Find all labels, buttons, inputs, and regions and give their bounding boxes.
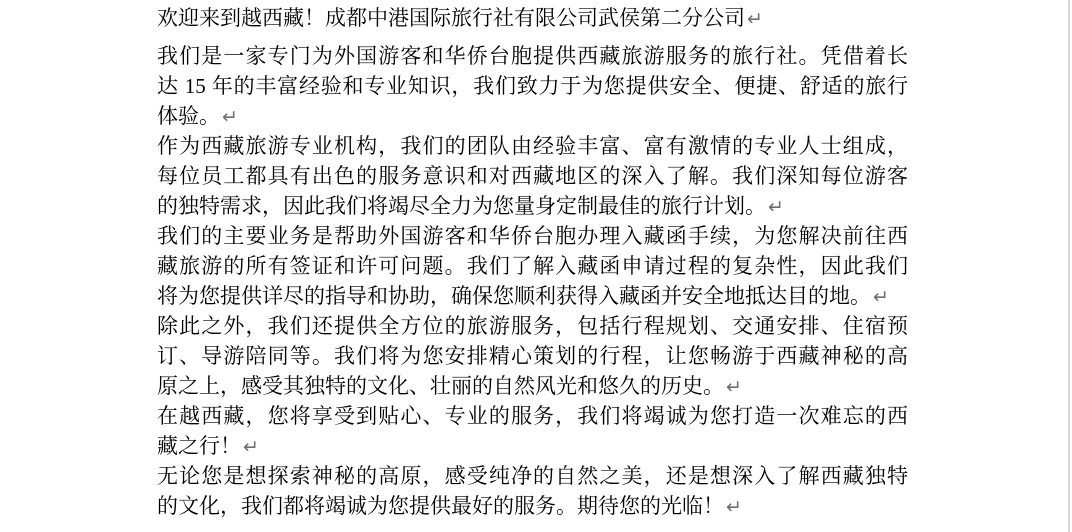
text-line[interactable]: 作为西藏旅游专业机构，我们的团队由经验丰富、富有激情的专业人士组成， bbox=[157, 131, 908, 161]
paragraph[interactable]: 作为西藏旅游专业机构，我们的团队由经验丰富、富有激情的专业人士组成，每位员工都具… bbox=[157, 131, 908, 221]
text-line[interactable]: 我们是一家专门为外国游客和华侨台胞提供西藏旅游服务的旅行社。凭借着长 bbox=[157, 41, 908, 71]
text-line[interactable]: 除此之外，我们还提供全方位的旅游服务，包括行程规划、交通安排、住宿预 bbox=[157, 311, 908, 341]
text-line[interactable]: 我们的主要业务是帮助外国游客和华侨台胞办理入藏函手续，为您解决前往西 bbox=[157, 221, 908, 251]
text-line[interactable]: 的文化，我们都将竭诚为您提供最好的服务。期待您的光临！↵ bbox=[157, 491, 908, 521]
text-line[interactable]: 藏之行！↵ bbox=[157, 431, 908, 461]
paragraph-mark-icon: ↵ bbox=[724, 376, 742, 398]
text-line[interactable]: 将为您提供详尽的指导和协助，确保您顺利获得入藏函并安全地抵达目的地。↵ bbox=[157, 281, 908, 311]
paragraph-mark-icon: ↵ bbox=[871, 286, 889, 308]
text-line[interactable]: 无论您是想探索神秘的高原，感受纯净的自然之美，还是想深入了解西藏独特 bbox=[157, 461, 908, 491]
text-line[interactable]: 体验。↵ bbox=[157, 101, 908, 131]
document-page: 欢迎来到越西藏！成都中港国际旅行社有限公司武侯第二分公司↵我们是一家专门为外国游… bbox=[0, 0, 1072, 532]
paragraph-mark-icon: ↵ bbox=[724, 496, 742, 518]
paragraph[interactable]: 除此之外，我们还提供全方位的旅游服务，包括行程规划、交通安排、住宿预订、导游陪同… bbox=[157, 311, 908, 401]
document-text-area[interactable]: 欢迎来到越西藏！成都中港国际旅行社有限公司武侯第二分公司↵我们是一家专门为外国游… bbox=[157, 3, 908, 521]
paragraph-mark-icon: ↵ bbox=[766, 196, 784, 218]
text-line[interactable]: 订、导游陪同等。我们将为您安排精心策划的行程，让您畅游于西藏神秘的高 bbox=[157, 341, 908, 371]
paragraph-mark-icon: ↵ bbox=[220, 106, 238, 128]
paragraph[interactable]: 我们是一家专门为外国游客和华侨台胞提供西藏旅游服务的旅行社。凭借着长达 15 年… bbox=[157, 41, 908, 131]
text-line[interactable]: 在越西藏，您将享受到贴心、专业的服务，我们将竭诚为您打造一次难忘的西 bbox=[157, 401, 908, 431]
text-line[interactable]: 的独特需求，因此我们将竭尽全力为您量身定制最佳的旅行计划。↵ bbox=[157, 191, 908, 221]
text-line[interactable]: 每位员工都具有出色的服务意识和对西藏地区的深入了解。我们深知每位游客 bbox=[157, 161, 908, 191]
paragraph-mark-icon: ↵ bbox=[745, 8, 763, 30]
text-line[interactable]: 原之上，感受其独特的文化、壮丽的自然风光和悠久的历史。↵ bbox=[157, 371, 908, 401]
text-line[interactable]: 达 15 年的丰富经验和专业知识，我们致力于为您提供安全、便捷、舒适的旅行 bbox=[157, 71, 908, 101]
text-line[interactable]: 欢迎来到越西藏！成都中港国际旅行社有限公司武侯第二分公司↵ bbox=[157, 3, 908, 33]
paragraph[interactable]: 在越西藏，您将享受到贴心、专业的服务，我们将竭诚为您打造一次难忘的西藏之行！↵ bbox=[157, 401, 908, 461]
paragraph-mark-icon: ↵ bbox=[241, 436, 259, 458]
text-line[interactable]: 藏旅游的所有签证和许可问题。我们了解入藏函申请过程的复杂性，因此我们 bbox=[157, 251, 908, 281]
page-edge-line bbox=[1068, 0, 1070, 532]
paragraph[interactable]: 欢迎来到越西藏！成都中港国际旅行社有限公司武侯第二分公司↵ bbox=[157, 3, 908, 33]
paragraph[interactable]: 无论您是想探索神秘的高原，感受纯净的自然之美，还是想深入了解西藏独特的文化，我们… bbox=[157, 461, 908, 521]
paragraph[interactable]: 我们的主要业务是帮助外国游客和华侨台胞办理入藏函手续，为您解决前往西藏旅游的所有… bbox=[157, 221, 908, 311]
